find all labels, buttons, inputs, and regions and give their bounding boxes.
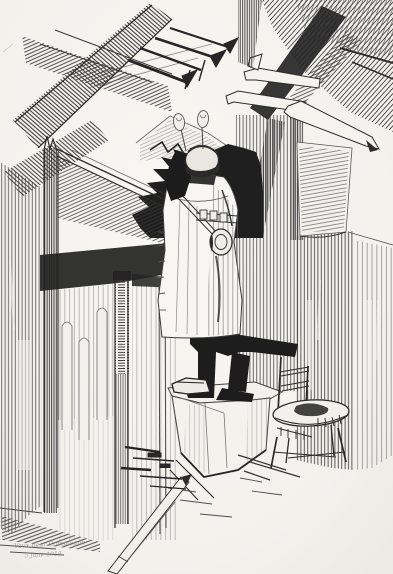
sketch-page: Vaux near Compiègne 5 June 1918 (0, 0, 393, 574)
helmet (184, 146, 221, 178)
canteen (210, 229, 232, 255)
rough-post (115, 278, 129, 374)
left-wall (0, 136, 58, 534)
sketch-canvas: Vaux near Compiègne 5 June 1918 (0, 0, 393, 574)
board-sheet (297, 142, 352, 237)
